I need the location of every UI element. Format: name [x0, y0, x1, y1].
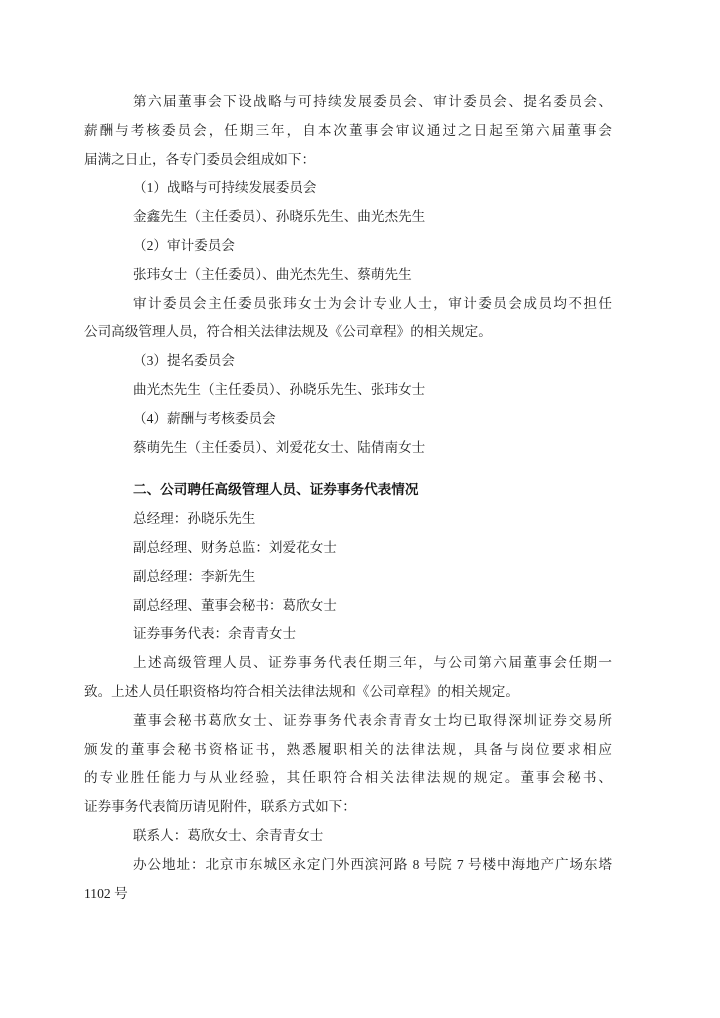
text-line: 曲光杰先生（主任委员）、孙晓乐先生、张玮女士: [84, 376, 612, 405]
text-line: 薪酬与考核委员会，任期三年，自本次董事会审议通过之日起至第六届董事会: [84, 117, 612, 146]
text-line: 证券事务代表简历请见附件，联系方式如下：: [84, 793, 612, 822]
text-line: 第六届董事会下设战略与可持续发展委员会、审计委员会、提名委员会、: [84, 88, 612, 117]
text-line: 审计委员会主任委员张玮女士为会计专业人士，审计委员会成员均不担任: [84, 290, 612, 319]
text-line: 副总经理、董事会秘书：葛欣女士: [84, 592, 612, 621]
text-line: 致。上述人员任职资格均符合相关法律法规和《公司章程》的相关规定。: [84, 678, 612, 707]
text-line: 证券事务代表：余青青女士: [84, 620, 612, 649]
text-line: 1102 号: [84, 880, 612, 909]
text-line: 副总经理、财务总监：刘爱花女士: [84, 534, 612, 563]
section-heading: 二、公司聘任高级管理人员、证券事务代表情况: [84, 476, 612, 505]
text-line: 的专业胜任能力与从业经验，其任职符合相关法律法规的规定。董事会秘书、: [84, 764, 612, 793]
text-line: 颁发的董事会秘书资格证书，熟悉履职相关的法律法规，具备与岗位要求相应: [84, 736, 612, 765]
text-line: 张玮女士（主任委员）、曲光杰先生、蔡萌先生: [84, 261, 612, 290]
text-line: 蔡萌先生（主任委员）、刘爱花女士、陆倩南女士: [84, 434, 612, 463]
text-line: 届满之日止，各专门委员会组成如下：: [84, 146, 612, 175]
text-line: 副总经理：李新先生: [84, 563, 612, 592]
text-line: 公司高级管理人员，符合相关法律法规及《公司章程》的相关规定。: [84, 318, 612, 347]
text-line: 办公地址：北京市东城区永定门外西滨河路 8 号院 7 号楼中海地产广场东塔: [84, 851, 612, 880]
document-page: 第六届董事会下设战略与可持续发展委员会、审计委员会、提名委员会、薪酬与考核委员会…: [0, 0, 720, 1018]
text-line: 董事会秘书葛欣女士、证券事务代表余青青女士均已取得深圳证券交易所: [84, 707, 612, 736]
text-line: 金鑫先生（主任委员）、孙晓乐先生、曲光杰先生: [84, 203, 612, 232]
document-body: 第六届董事会下设战略与可持续发展委员会、审计委员会、提名委员会、薪酬与考核委员会…: [84, 88, 612, 908]
text-line: （1）战略与可持续发展委员会: [84, 174, 612, 203]
text-line: （4）薪酬与考核委员会: [84, 405, 612, 434]
text-line: （2）审计委员会: [84, 232, 612, 261]
text-line: （3）提名委员会: [84, 347, 612, 376]
text-line: 上述高级管理人员、证券事务代表任期三年，与公司第六届董事会任期一: [84, 649, 612, 678]
text-line: 总经理：孙晓乐先生: [84, 505, 612, 534]
text-line: 联系人：葛欣女士、余青青女士: [84, 822, 612, 851]
